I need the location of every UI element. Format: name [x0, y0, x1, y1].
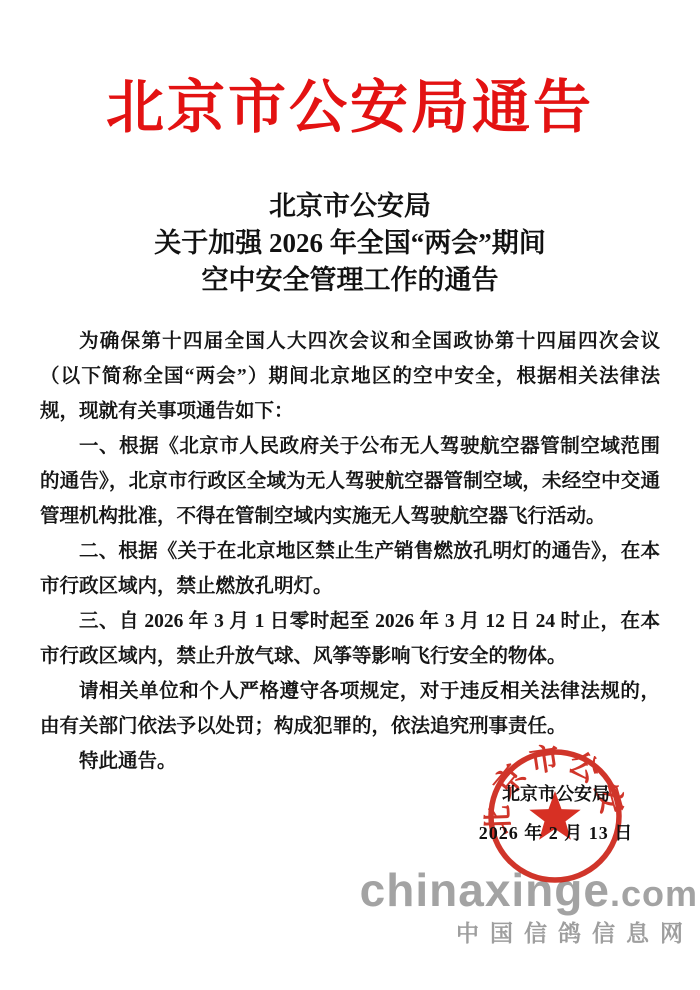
paragraph-item-1: 一、根据《北京市人民政府关于公布无人驾驶航空器管制空域范围的通告》，北京市行政区… [40, 429, 660, 534]
signature-block: 北京市公安局 2026 年 2 月 13 日 [450, 784, 662, 843]
banner-title: 北京市公安局通告 [0, 68, 700, 148]
signature-org: 北京市公安局 [450, 784, 662, 804]
paragraph-item-2: 二、根据《关于在北京地区禁止生产销售燃放孔明灯的通告》，在本市行政区域内，禁止燃… [40, 534, 660, 604]
paragraph-intro: 为确保第十四届全国人大四次会议和全国政协第十四届四次会议（以下简称全国“两会”）… [40, 324, 660, 429]
notice-document: 北京市公安局通告 北京市公安局 关于加强 2026 年全国“两会”期间 空中安全… [0, 0, 700, 990]
heading-line-subject: 关于加强 2026 年全国“两会”期间 [0, 225, 700, 262]
signature-date: 2026 年 2 月 13 日 [450, 823, 662, 843]
paragraph-item-3: 三、自 2026 年 3 月 1 日零时起至 2026 年 3 月 12 日 2… [40, 604, 660, 674]
watermark-chinese: 中国信鸽信息网 [360, 920, 698, 946]
notice-body: 为确保第十四届全国人大四次会议和全国政协第十四届四次会议（以下简称全国“两会”）… [40, 324, 660, 779]
notice-heading: 北京市公安局 关于加强 2026 年全国“两会”期间 空中安全管理工作的通告 [0, 188, 700, 299]
heading-line-subject2: 空中安全管理工作的通告 [0, 262, 700, 299]
heading-line-org: 北京市公安局 [0, 188, 700, 225]
